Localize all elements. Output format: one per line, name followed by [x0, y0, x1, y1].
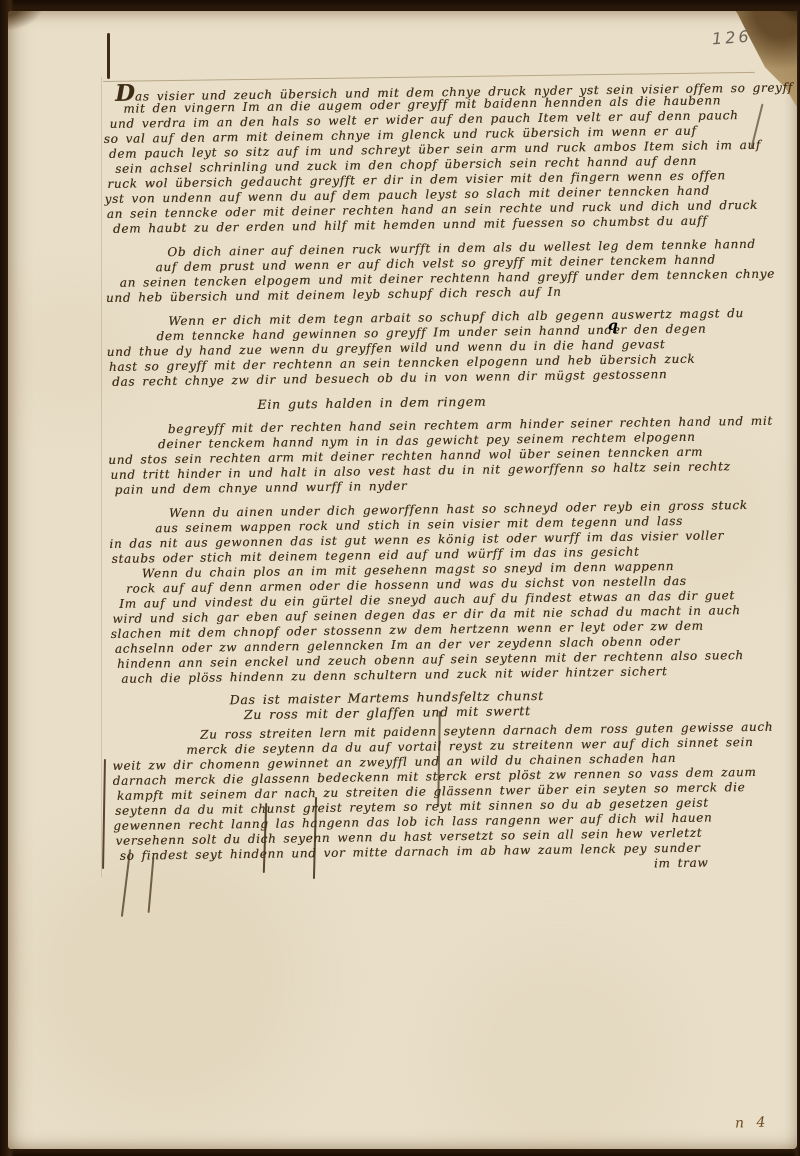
margin-ink-stroke	[107, 33, 110, 79]
photo-background: 126 Das visier und zeuch übersich und mi…	[0, 0, 800, 1156]
manuscript-line: im traw	[654, 855, 782, 872]
paragraph-wrestling-1: Das visier und zeuch übersich und mit de…	[103, 78, 773, 237]
chapter-heading-hundsfeld: Das ist maister Martems hundsfeltz chuns…	[111, 685, 779, 724]
text-block: Das visier und zeuch übersich und mit de…	[103, 78, 782, 879]
paragraph-wrestling-5: Wenn du ainen under dich geworffenn hast…	[109, 498, 779, 687]
paragraph-wrestling-3: Wenn er dich mit dem tegn arbait so schu…	[106, 306, 775, 390]
paragraph-wrestling-4: begreyff mit der rechten hand sein recht…	[108, 414, 777, 498]
margin-ruling-line	[101, 77, 102, 877]
corner-shadow	[8, 11, 44, 31]
paragraph-mounted-fencing: Zu ross streiten lern mit paidenn seyten…	[112, 720, 782, 879]
folio-number: 126	[712, 27, 753, 49]
manuscript-line: Ein guts halden in dem ringem	[257, 390, 775, 412]
paragraph-wrestling-2: Ob dich ainer auf deinen ruck wurfft in …	[105, 237, 774, 306]
manuscript-page: 126 Das visier und zeuch übersich und mi…	[8, 11, 797, 1149]
quire-mark: n 4	[734, 1114, 769, 1131]
subheading-ringen: Ein guts halden in dem ringem	[107, 390, 775, 414]
paragraph-mark: q	[608, 318, 618, 334]
